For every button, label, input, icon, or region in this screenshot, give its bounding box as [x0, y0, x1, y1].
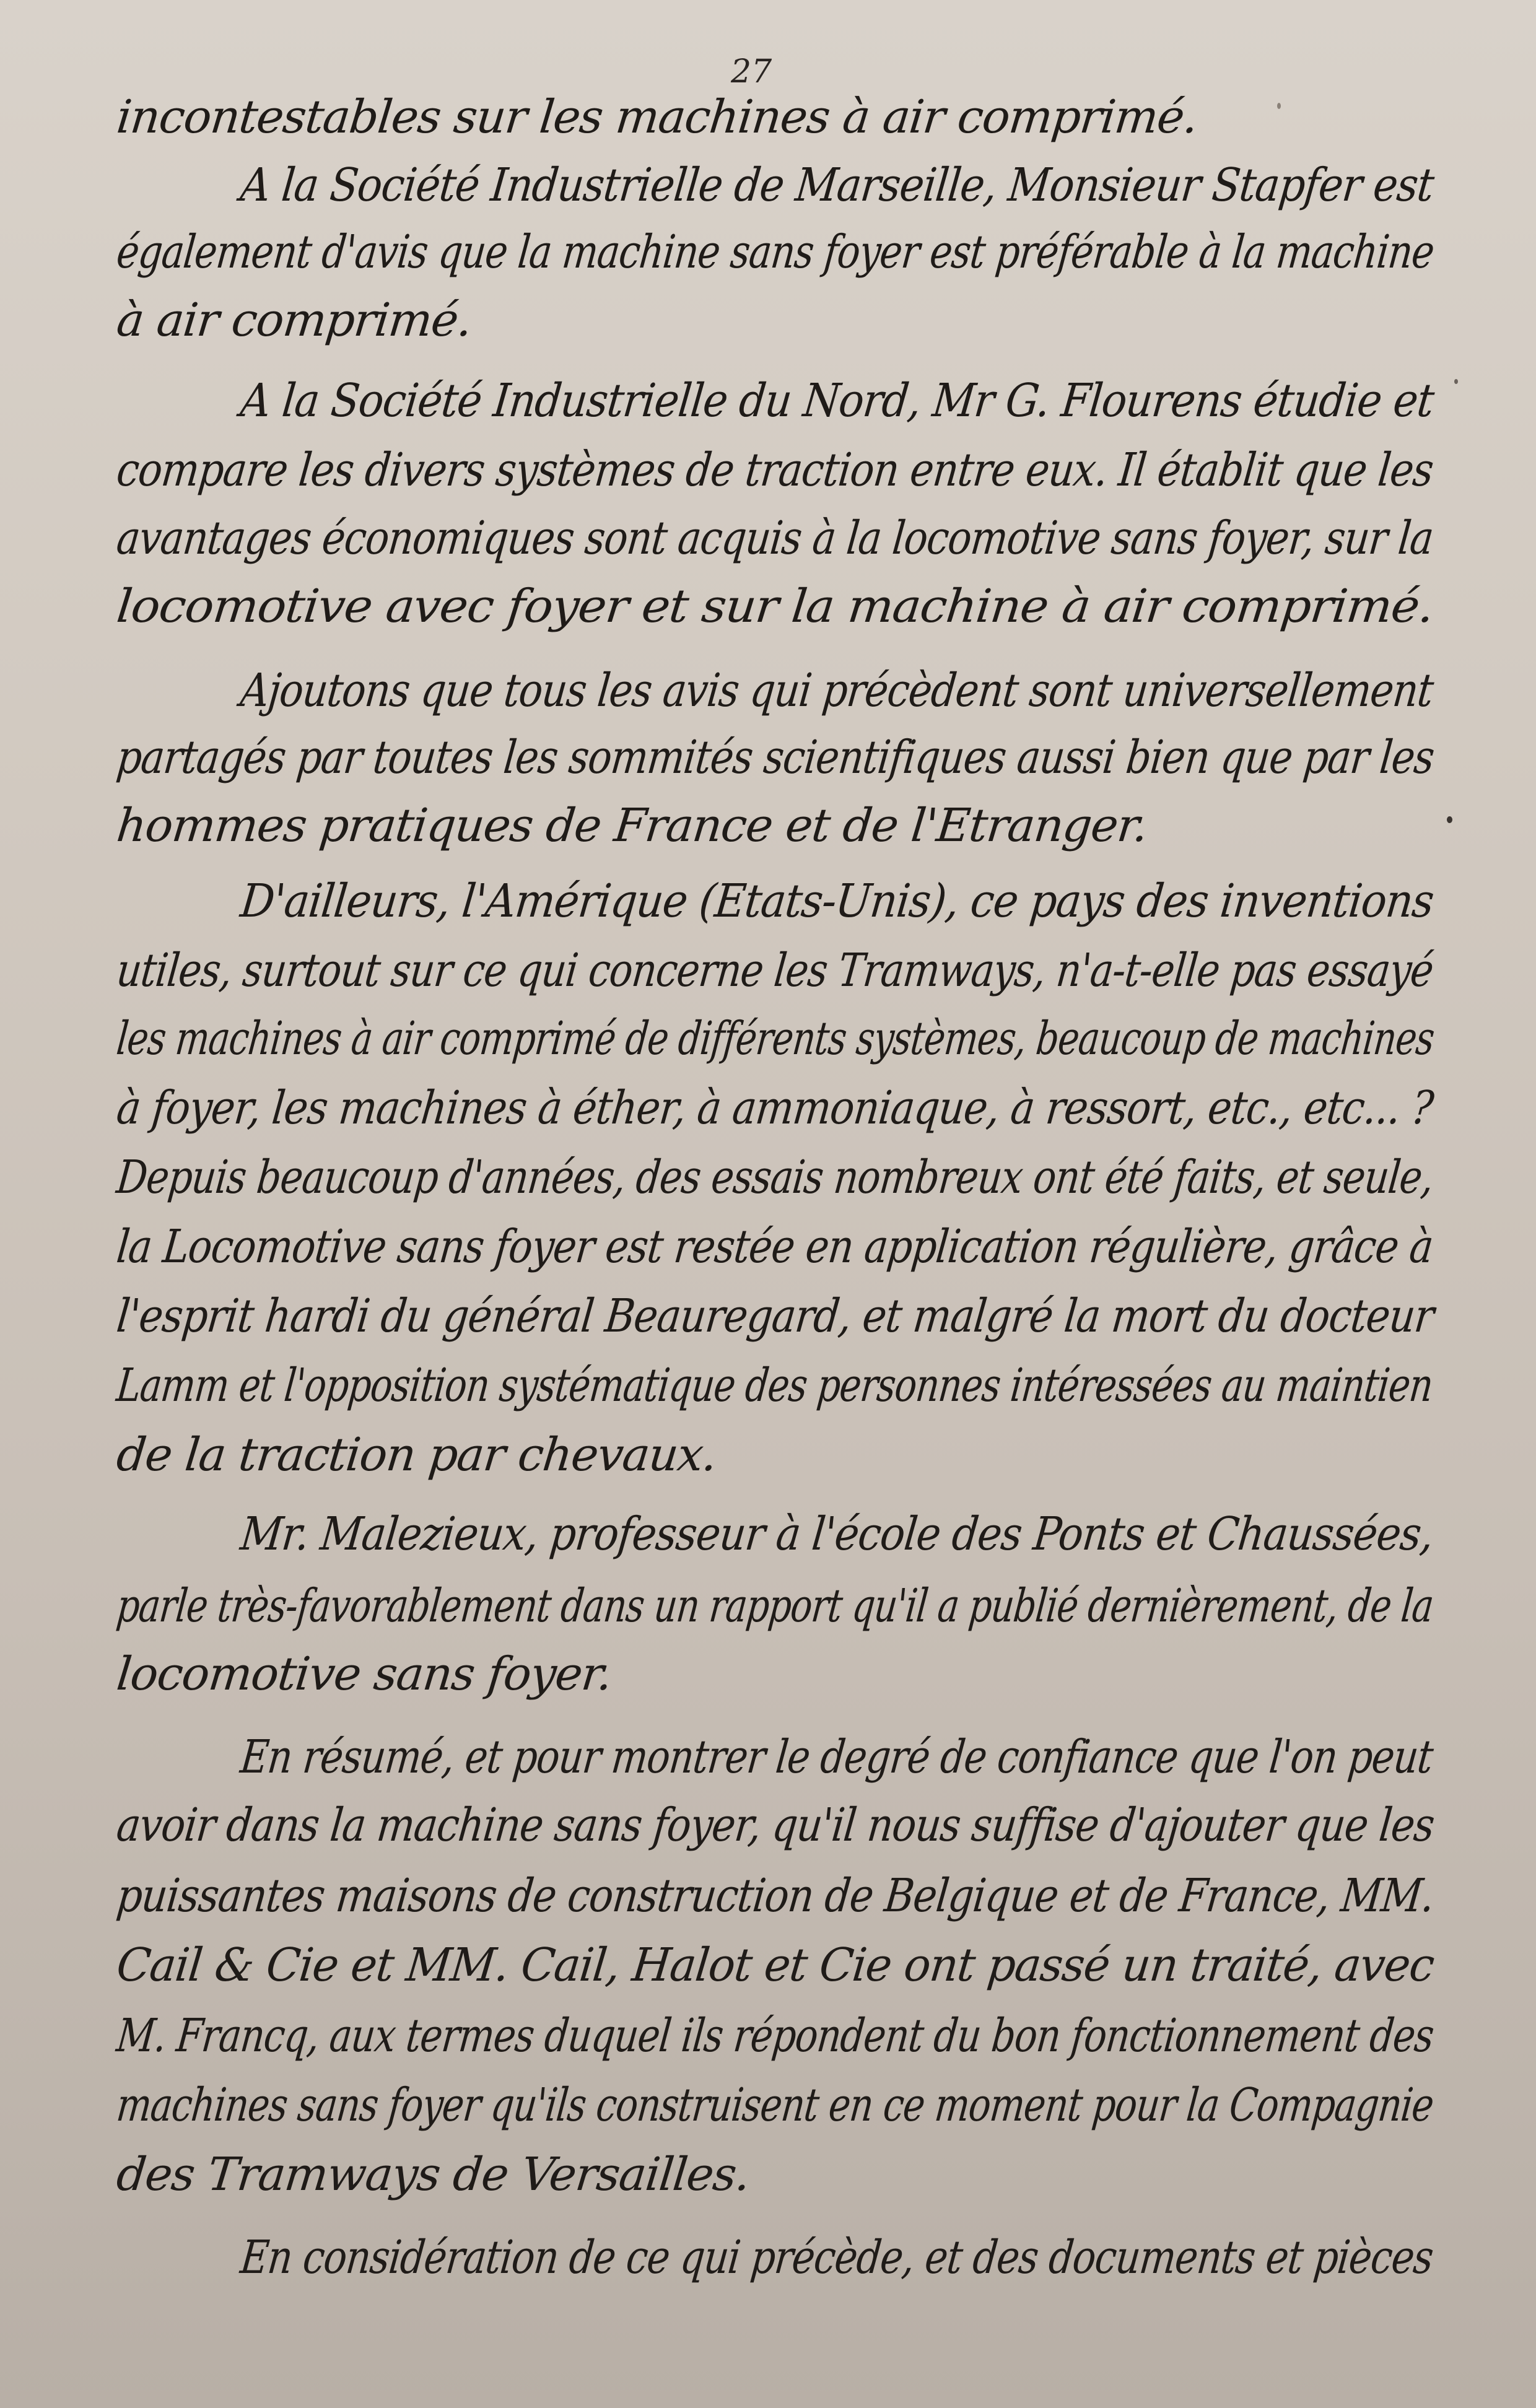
text-line: Lamm et l'opposition systématique des pe…	[115, 1363, 1434, 1408]
paragraph-first-line: En considération de ce qui précède, et d…	[238, 2235, 1435, 2280]
text-line: de la traction par chevaux.	[115, 1432, 718, 1478]
text-line: à air comprimé.	[115, 297, 474, 343]
paragraph-first-line: D'ailleurs, l'Amérique (Etats-Unis), ce …	[238, 878, 1436, 924]
text-line: M. Francq, aux termes duquel ils réponde…	[115, 2013, 1436, 2059]
text-line: locomotive avec foyer et sur la machine …	[115, 583, 1436, 629]
text-line: compare les divers systèmes de traction …	[115, 447, 1435, 493]
text-line: puissantes maisons de construction de Be…	[115, 1873, 1436, 1919]
paragraph-first-line: Ajoutons que tous les avis qui précèdent…	[238, 668, 1435, 713]
text-line: Cail & Cie et MM. Cail, Halot et Cie ont…	[115, 1942, 1436, 1988]
ink-speck	[1277, 103, 1281, 109]
text-line: parle très-favorablement dans un rapport…	[115, 1583, 1435, 1629]
paragraph-first-line: Mr. Malezieux, professeur à l'école des …	[238, 1511, 1435, 1557]
text-line: l'esprit hardi du général Beauregard, et…	[115, 1293, 1436, 1339]
paragraph-first-line: En résumé, et pour montrer le degré de c…	[238, 1734, 1434, 1780]
text-line: hommes pratiques de France et de l'Etran…	[115, 803, 1150, 848]
text-line: partagés par toutes les sommités scienti…	[115, 735, 1436, 780]
text-line: machines sans foyer qu'ils construisent …	[115, 2082, 1436, 2128]
text-line: locomotive sans foyer.	[115, 1651, 614, 1697]
text-line: avantages économiques sont acquis à la l…	[115, 515, 1435, 561]
text-line: avoir dans la machine sans foyer, qu'il …	[115, 1802, 1436, 1848]
text-line: la Locomotive sans foyer est restée en a…	[115, 1224, 1435, 1270]
text-line: utiles, surtout sur ce qui concerne les …	[115, 948, 1435, 993]
text-line: incontestables sur les machines à air co…	[115, 94, 1200, 140]
paragraph-first-line: A la Société Industrielle du Nord, Mr G.…	[238, 378, 1436, 424]
text-line: Depuis beaucoup d'années, des essais nom…	[115, 1154, 1435, 1200]
manuscript-page: 27 incontestables sur les machines à air…	[0, 0, 1536, 2408]
text-line: des Tramways de Versailles.	[115, 2152, 752, 2197]
ink-speck	[1447, 816, 1452, 823]
page-number: 27	[731, 53, 772, 90]
text-line: les machines à air comprimé de différent…	[115, 1016, 1436, 1062]
text-line: à foyer, les machines à éther, à ammonia…	[115, 1085, 1435, 1131]
text-line: également d'avis que la machine sans foy…	[115, 229, 1436, 275]
ink-speck	[1454, 379, 1458, 384]
paragraph-first-line: A la Société Industrielle de Marseille, …	[238, 162, 1436, 208]
